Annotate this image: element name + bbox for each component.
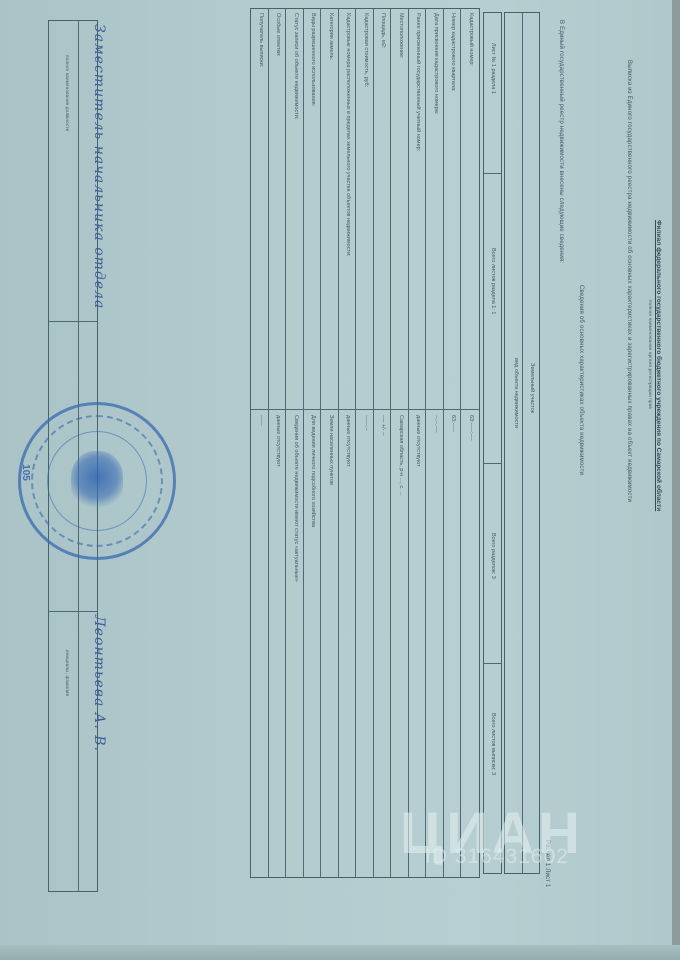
- row-value: данные отсутствуют: [275, 415, 281, 467]
- row-value: Для ведения личного подсобного хозяйства: [310, 415, 316, 527]
- row-label: Площадь, м2:: [380, 13, 386, 48]
- sheets-in-section: Всего листов раздела 1: 1: [490, 248, 496, 314]
- row-label: Кадастровые номера расположенных в преде…: [345, 13, 351, 257]
- row-value: данные отсутствуют: [345, 415, 351, 467]
- document-intro: В Единый государственный реестр недвижим…: [558, 20, 564, 263]
- document-subtitle: Сведения об основных характеристиках объ…: [578, 285, 584, 475]
- row-value: ------.--: [363, 415, 369, 431]
- row-value: 63:-----: [450, 415, 456, 432]
- characteristics-table: Кадастровый номер:63:-----:----Номер кад…: [250, 8, 480, 878]
- authority-header: Филиал федерального государственного бюд…: [655, 220, 662, 511]
- row-label: Статус записи об объекте недвижимости:: [293, 13, 299, 119]
- authority-subcaption: полное наименование органа регистрации п…: [648, 300, 653, 409]
- sheet-info-row: Лист № 1 раздела 1 Всего листов раздела …: [483, 12, 502, 874]
- row-label: Кадастровая стоимость, руб:: [363, 13, 369, 87]
- row-label: Получатель выписки:: [258, 13, 264, 67]
- row-value: --.--.----: [433, 415, 439, 433]
- row-value: данные отсутствуют: [415, 415, 421, 467]
- object-type-table: Земельный участок вид объекта недвижимос…: [504, 12, 540, 874]
- row-label: Кадастровый номер:: [468, 13, 474, 66]
- total-sections: Всего разделов: 3: [490, 533, 496, 579]
- row-label: Местоположение:: [398, 13, 404, 59]
- row-value: ---- +/- --: [380, 415, 386, 436]
- cian-watermark-id: ID 316431602: [425, 845, 569, 869]
- row-value: Земли населенных пунктов: [328, 415, 334, 485]
- row-value: Самарская область, р-н ..., с. ...: [398, 415, 404, 496]
- row-value: 63:-----:----: [468, 415, 474, 441]
- signer-name-caption: инициалы, фамилия: [65, 650, 70, 696]
- row-label: Категория земель:: [328, 13, 334, 60]
- signer-name-handwritten: Леонтьева А. В.: [91, 615, 107, 752]
- row-value: Сведения об объекте недвижимости имеют с…: [293, 415, 299, 582]
- object-type-caption: вид объекта недвижимости: [513, 358, 519, 428]
- seal-number: 105: [20, 464, 31, 481]
- document-title: Выписка из Единого государственного реес…: [626, 60, 632, 502]
- object-type: Земельный участок: [529, 363, 535, 413]
- sheet-number: Лист № 1 раздела 1: [490, 43, 496, 94]
- row-label: Особые отметки:: [275, 13, 281, 56]
- official-seal-icon: 105: [18, 402, 176, 560]
- coat-of-arms-icon: [71, 451, 123, 509]
- row-label: Номер кадастрового квартала:: [450, 13, 456, 92]
- signer-position-handwritten: Заместитель начальника отдела: [91, 24, 107, 309]
- row-label: Дата присвоения кадастрового номера:: [433, 13, 439, 114]
- signer-position-caption: полное наименование должности: [65, 55, 70, 131]
- row-label: Виды разрешенного использования:: [310, 13, 316, 106]
- row-label: Ранее присвоенный государственный учетны…: [415, 13, 421, 151]
- total-sheets: Всего листов выписки: 3: [490, 713, 496, 775]
- row-value: ------: [258, 415, 264, 426]
